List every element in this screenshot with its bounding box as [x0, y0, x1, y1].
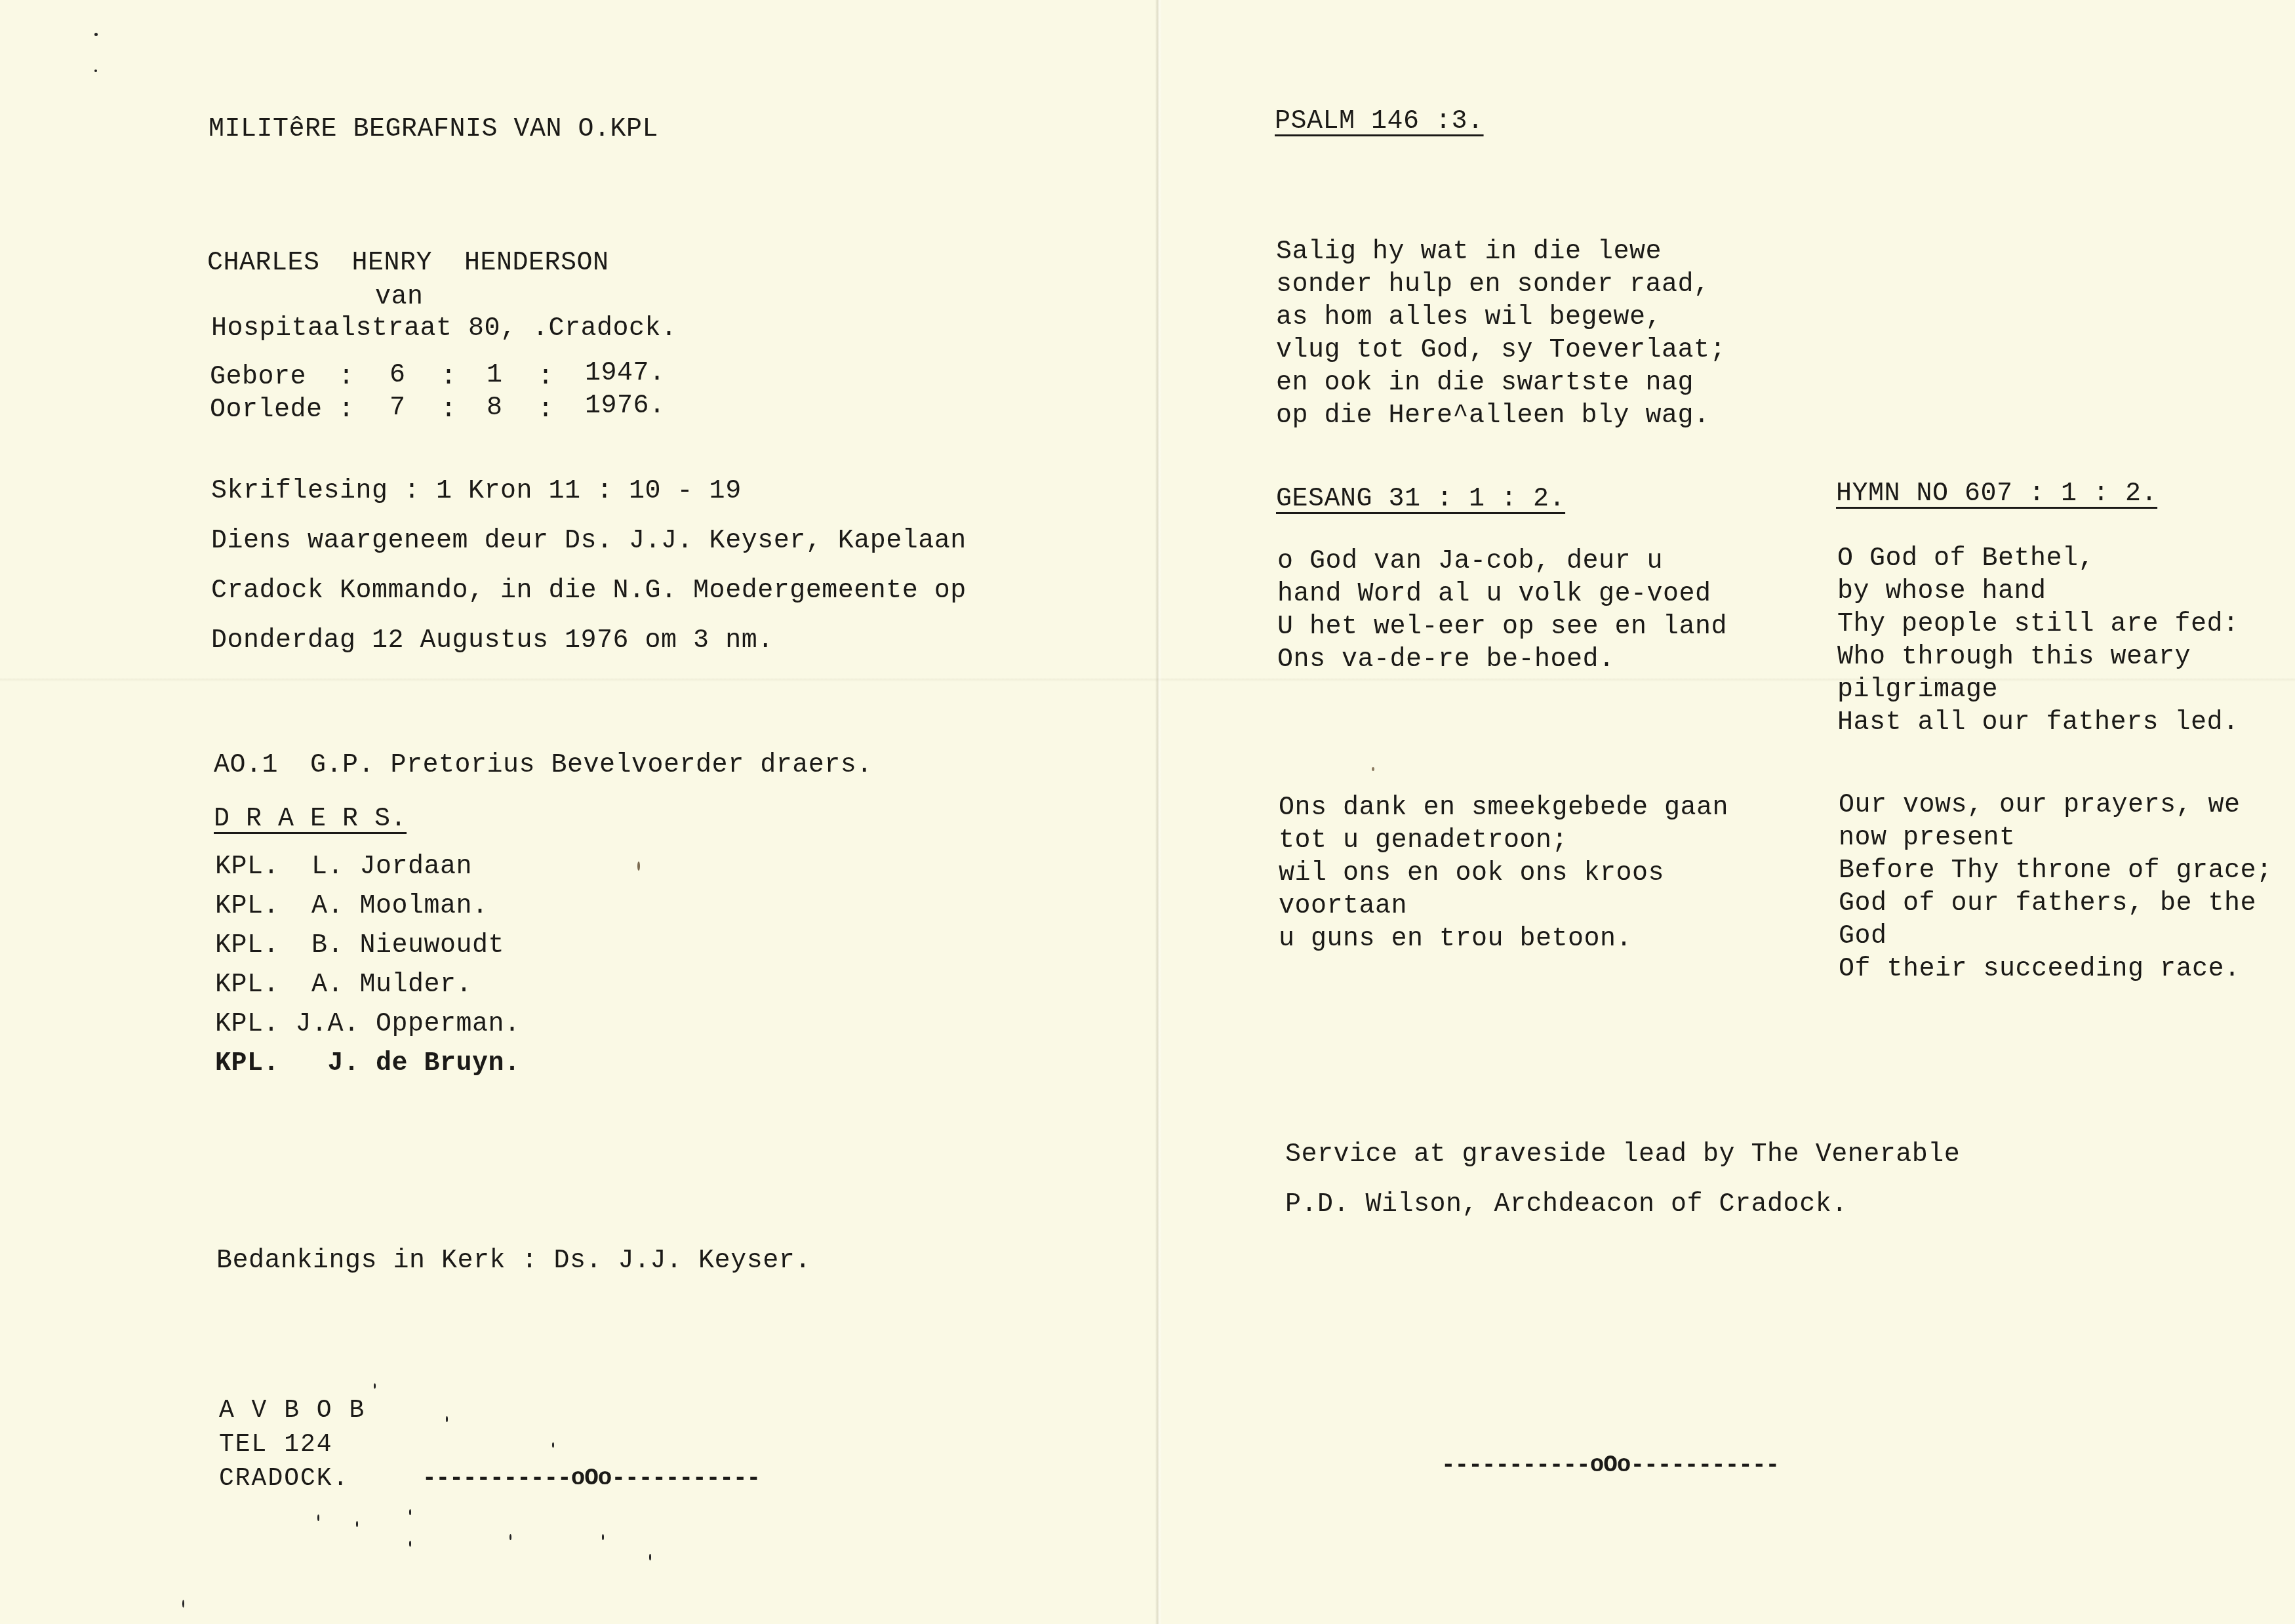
born-day: 6 — [389, 363, 406, 389]
verse-line: Before Thy throne of grace; — [1839, 855, 2273, 888]
born-label: Gebore : — [210, 365, 355, 391]
verse-line: Of their succeeding race. — [1839, 953, 2273, 986]
verse-line: Who through this weary — [1837, 641, 2239, 674]
gesang-verse-1: o God van Ja-cob, deur u hand Word al u … — [1277, 545, 1727, 677]
document-title: MILITêRE BEGRAFNIS VAN O.KPL — [209, 117, 658, 143]
verse-line: U het wel-eer op see en land — [1277, 611, 1727, 644]
verse-line: as hom alles wil begewe, — [1276, 302, 1726, 334]
undertaker-phone: TEL 124 — [219, 1428, 365, 1462]
service-line: Diens waargeneem deur Ds. J.J. Keyser, K… — [211, 517, 967, 566]
verse-line: by whose hand — [1837, 576, 2239, 608]
bearer-item: KPL. A. Moolman. — [215, 887, 521, 926]
ink-speck — [94, 33, 98, 36]
undertaker-name: A V B O B — [219, 1394, 365, 1428]
verse-line: now present — [1839, 822, 2273, 855]
undertaker-stamp: A V B O B TEL 124 CRADOCK. — [219, 1394, 365, 1496]
verse-line: u guns en trou betoon. — [1279, 923, 1728, 956]
ink-speck — [317, 1515, 319, 1521]
verse-line: tot u genadetroon; — [1279, 825, 1728, 858]
died-month: 8 — [487, 395, 503, 422]
verse-line: God of our fathers, be the — [1839, 888, 2273, 921]
verse-line: O God of Bethel, — [1837, 543, 2239, 576]
date-sep: : — [441, 365, 457, 391]
ink-speck — [649, 1554, 651, 1560]
ink-speck — [94, 69, 97, 72]
bearer-item: KPL. J. de Bruyn. — [215, 1044, 521, 1084]
bearer-item: KPL. B. Nieuwoudt — [215, 926, 521, 966]
ink-speck — [182, 1600, 184, 1608]
right-page: PSALM 146 :3. Salig hy wat in die lewe s… — [1159, 0, 2295, 1624]
bearer-item: KPL. A. Mulder. — [215, 966, 521, 1005]
verse-line: vlug tot God, sy Toeverlaat; — [1276, 334, 1726, 367]
ink-mark — [637, 862, 640, 871]
graveside-line: Service at graveside lead by The Venerab… — [1285, 1130, 1960, 1180]
verse-line: Our vows, our prayers, we — [1839, 789, 2273, 822]
verse-line: en ook in die swartste nag — [1276, 367, 1726, 400]
verse-line: pilgrimage — [1837, 674, 2239, 707]
psalm-verse: Salig hy wat in die lewe sonder hulp en … — [1276, 236, 1726, 433]
ink-speck — [356, 1521, 358, 1527]
verse-line: Hast all our fathers led. — [1837, 707, 2239, 740]
left-page: MILITêRE BEGRAFNIS VAN O.KPL CHARLES HEN… — [0, 0, 1157, 1624]
verse-line: wil ons en ook ons kroos — [1279, 858, 1728, 890]
verse-line: Salig hy wat in die lewe — [1276, 236, 1726, 269]
born-year: 1947. — [585, 361, 666, 387]
deceased-name: CHARLES HENRY HENDERSON — [207, 250, 609, 277]
verse-line: voortaan — [1279, 890, 1728, 923]
verse-line: Ons va-de-re be-hoed. — [1277, 644, 1727, 677]
end-divider: -----------oOo----------- — [422, 1465, 760, 1492]
died-day: 7 — [389, 395, 406, 422]
ink-speck — [409, 1541, 411, 1547]
undertaker-town: CRADOCK. — [219, 1462, 365, 1496]
ink-speck — [374, 1383, 376, 1389]
deceased-address: Hospitaalstraat 80, .Cradock. — [211, 316, 677, 342]
bearer-item: KPL. L. Jordaan — [215, 848, 521, 887]
died-label: Oorlede : — [210, 397, 355, 424]
service-details: Skriflesing : 1 Kron 11 : 10 - 19 Diens … — [211, 467, 967, 666]
date-sep: : — [441, 397, 457, 424]
ink-speck — [1372, 767, 1374, 771]
thanks-line: Bedankings in Kerk : Ds. J.J. Keyser. — [216, 1248, 811, 1275]
ink-speck — [509, 1534, 511, 1540]
verse-line: sonder hulp en sonder raad, — [1276, 269, 1726, 302]
ink-speck — [602, 1534, 604, 1540]
end-divider: -----------oOo----------- — [1441, 1452, 1779, 1478]
service-line: Cradock Kommando, in die N.G. Moedergeme… — [211, 566, 967, 616]
verse-line: o God van Ja-cob, deur u — [1277, 545, 1727, 578]
verse-line: hand Word al u volk ge-voed — [1277, 578, 1727, 611]
date-sep: : — [538, 397, 554, 424]
date-sep: : — [538, 365, 554, 391]
ink-speck — [552, 1442, 554, 1448]
verse-line: Ons dank en smeekgebede gaan — [1279, 792, 1728, 825]
graveside-note: Service at graveside lead by The Venerab… — [1285, 1130, 1960, 1230]
graveside-line: P.D. Wilson, Archdeacon of Cradock. — [1285, 1180, 1960, 1230]
gesang-heading: GESANG 31 : 1 : 2. — [1276, 486, 1565, 513]
died-year: 1976. — [585, 393, 666, 420]
scripture-reading: Skriflesing : 1 Kron 11 : 10 - 19 — [211, 467, 967, 517]
psalm-heading: PSALM 146 :3. — [1275, 109, 1484, 135]
gesang-verse-2: Ons dank en smeekgebede gaan tot u genad… — [1279, 792, 1728, 956]
van-label: van — [375, 285, 424, 311]
service-date: Donderdag 12 Augustus 1976 om 3 nm. — [211, 616, 967, 666]
ink-speck — [409, 1509, 411, 1515]
hymn-verse-1: O God of Bethel, by whose hand Thy peopl… — [1837, 543, 2239, 740]
born-month: 1 — [487, 363, 503, 389]
bearers-list: KPL. L. Jordaan KPL. A. Moolman. KPL. B.… — [215, 848, 521, 1084]
bearer-commander: AO.1 G.P. Pretorius Bevelvoerder draers. — [214, 753, 873, 779]
bearer-item: KPL. J.A. Opperman. — [215, 1005, 521, 1044]
draers-heading: D R A E R S. — [214, 806, 407, 833]
verse-line: Thy people still are fed: — [1837, 608, 2239, 641]
ink-speck — [446, 1416, 448, 1422]
hymn-verse-2: Our vows, our prayers, we now present Be… — [1839, 789, 2273, 986]
verse-line: God — [1839, 921, 2273, 953]
verse-line: op die Here^alleen bly wag. — [1276, 400, 1726, 433]
hymn-heading: HYMN NO 607 : 1 : 2. — [1836, 481, 2157, 507]
